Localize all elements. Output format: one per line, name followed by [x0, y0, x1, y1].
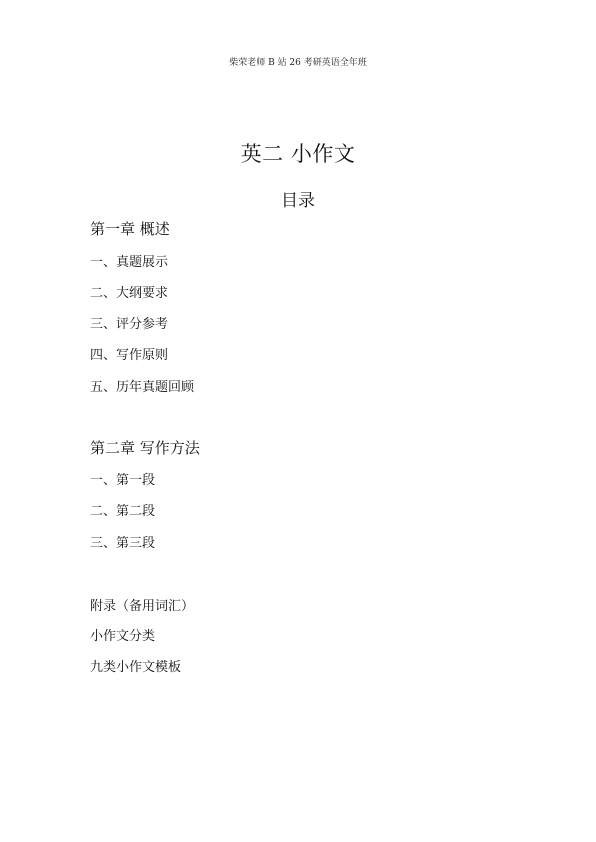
- page-header: 柴荣老师 B 站 26 考研英语全年班: [0, 55, 596, 68]
- toc-chapter-1[interactable]: 第一章 概述: [90, 218, 170, 239]
- toc-item[interactable]: 九类小作文模板: [90, 656, 181, 675]
- toc-appendix[interactable]: 附录（备用词汇）: [90, 595, 194, 614]
- toc-item[interactable]: 一、真题展示: [90, 251, 168, 270]
- toc-item[interactable]: 二、大纲要求: [90, 282, 168, 301]
- toc-item[interactable]: 三、第三段: [90, 532, 155, 551]
- toc-item[interactable]: 二、第二段: [90, 500, 155, 519]
- toc-title: 目录: [0, 186, 596, 211]
- toc-item[interactable]: 五、历年真题回顾: [90, 376, 194, 395]
- toc-item[interactable]: 小作文分类: [90, 625, 155, 644]
- toc-chapter-2[interactable]: 第二章 写作方法: [90, 437, 200, 458]
- toc-item[interactable]: 四、写作原则: [90, 344, 168, 363]
- toc-item[interactable]: 三、评分参考: [90, 313, 168, 332]
- document-title: 英二 小作文: [0, 138, 596, 168]
- toc-item[interactable]: 一、第一段: [90, 469, 155, 488]
